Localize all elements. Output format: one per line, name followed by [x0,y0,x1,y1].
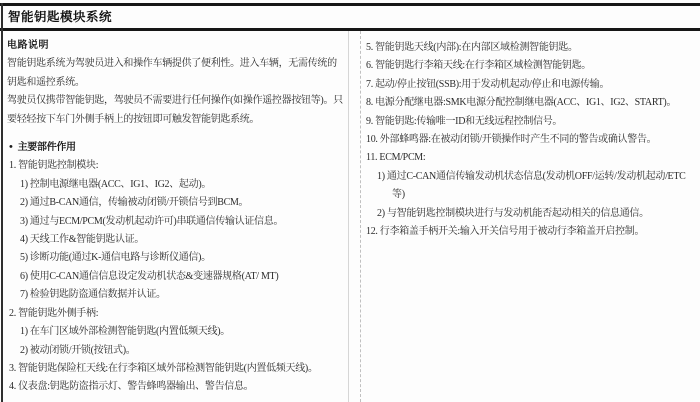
left-column: 电路说明智能钥匙系统为驾驶员进入和操作车辆提供了便利性。进入车辆，无需传统的钥匙… [7,31,344,402]
component-item-bumper-antenna: 3. 智能钥匙保险杠天线:在行李箱区域外部检测智能钥匙(内置低频天线)。 [7,360,344,378]
section-heading-main-components: •主要部件作用 [7,138,344,157]
sub-item: 2) 与智能钥匙控制模块进行与发动机能否起动相关的信息通信。 [364,205,696,223]
sub-item: 2) 被动闭锁/开锁(按钮式)。 [7,342,344,360]
sub-item: 5) 诊断功能(通过K-通信电路与诊断仪通信)。 [7,249,344,267]
component-item-smart-key-control-module: 1. 智能钥匙控制模块: [7,157,344,175]
sub-item: 1) 在车门区域外部检测智能钥匙(内置低频天线)。 [7,323,344,341]
column-divider-solid [348,31,349,402]
column-divider-dashed [360,31,361,402]
component-item-power-relay: 8. 电源分配继电器:SMK电源分配控制继电器(ACC、IG1、IG2、STAR… [364,94,696,112]
component-item-trunk-antenna: 6. 智能钥匙行李箱天线:在行李箱区域检测智能钥匙。 [364,57,696,75]
intro-paragraph-1: 智能钥匙系统为驾驶员进入和操作车辆提供了便利性。进入车辆，无需传统的钥匙和遥控系… [7,55,344,92]
component-item-ecm-pcm: 11. ECM/PCM: [364,149,696,167]
component-item-smart-key: 9. 智能钥匙:传输唯一ID和无线远程控制信号。 [364,113,696,131]
intro-paragraph-2: 驾驶员仅携带智能钥匙，驾驶员不需要进行任何操作(如操作遥控器按钮等)。只要轻轻按… [7,92,344,129]
content-area: 电路说明智能钥匙系统为驾驶员进入和操作车辆提供了便利性。进入车辆，无需传统的钥匙… [0,31,700,402]
bullet-icon: • [9,138,13,156]
component-item-instrument-cluster: 4. 仪表盘:钥匙防盗指示灯、警告蜂鸣器输出、警告信息。 [7,378,344,396]
component-item-interior-antenna: 5. 智能钥匙天线(内部):在内部区域检测智能钥匙。 [364,39,696,57]
sub-item: 1) 通过C-CAN通信传输发动机状态信息(发动机OFF/运转/发动机起动/ET… [364,168,696,205]
sub-item: 1) 控制电源继电器(ACC、IG1、IG2、起动)。 [7,176,344,194]
component-item-start-stop-button: 7. 起动/停止按钮(SSB):用于发动机起动/停止和电源传输。 [364,76,696,94]
sub-item: 3) 通过与ECM/PCM(发动机起动许可)串联通信传输认证信息。 [7,213,344,231]
page-title: 智能钥匙模块系统 [0,6,700,28]
section-heading-text: 主要部件作用 [18,142,76,153]
component-item-trunk-lid-switch: 12. 行李箱盖手柄开关:输入开关信号用于被动行李箱盖开启控制。 [364,223,696,241]
sub-item: 2) 通过B-CAN通信，传输被动闭锁/开锁信号到BCM。 [7,194,344,212]
sub-item: 7) 检验钥匙防盗通信数据并认证。 [7,286,344,304]
title-bar: 智能钥匙模块系统 [0,6,700,28]
component-item-external-buzzer: 10. 外部蜂鸣器:在被动闭锁/开锁操作时产生不同的警告或确认警告。 [364,131,696,149]
component-item-outside-handle: 2. 智能钥匙外侧手柄: [7,305,344,323]
section-title-circuit-description: 电路说明 [7,37,344,55]
right-column: 5. 智能钥匙天线(内部):在内部区域检测智能钥匙。6. 智能钥匙行李箱天线:在… [364,31,696,402]
sub-item: 4) 天线工作&智能钥匙认证。 [7,231,344,249]
manual-page: 智能钥匙模块系统 电路说明智能钥匙系统为驾驶员进入和操作车辆提供了便利性。进入车… [0,0,700,402]
sub-item: 6) 使用C-CAN通信信息设定发动机状态&变速器规格(AT/ MT) [7,268,344,286]
